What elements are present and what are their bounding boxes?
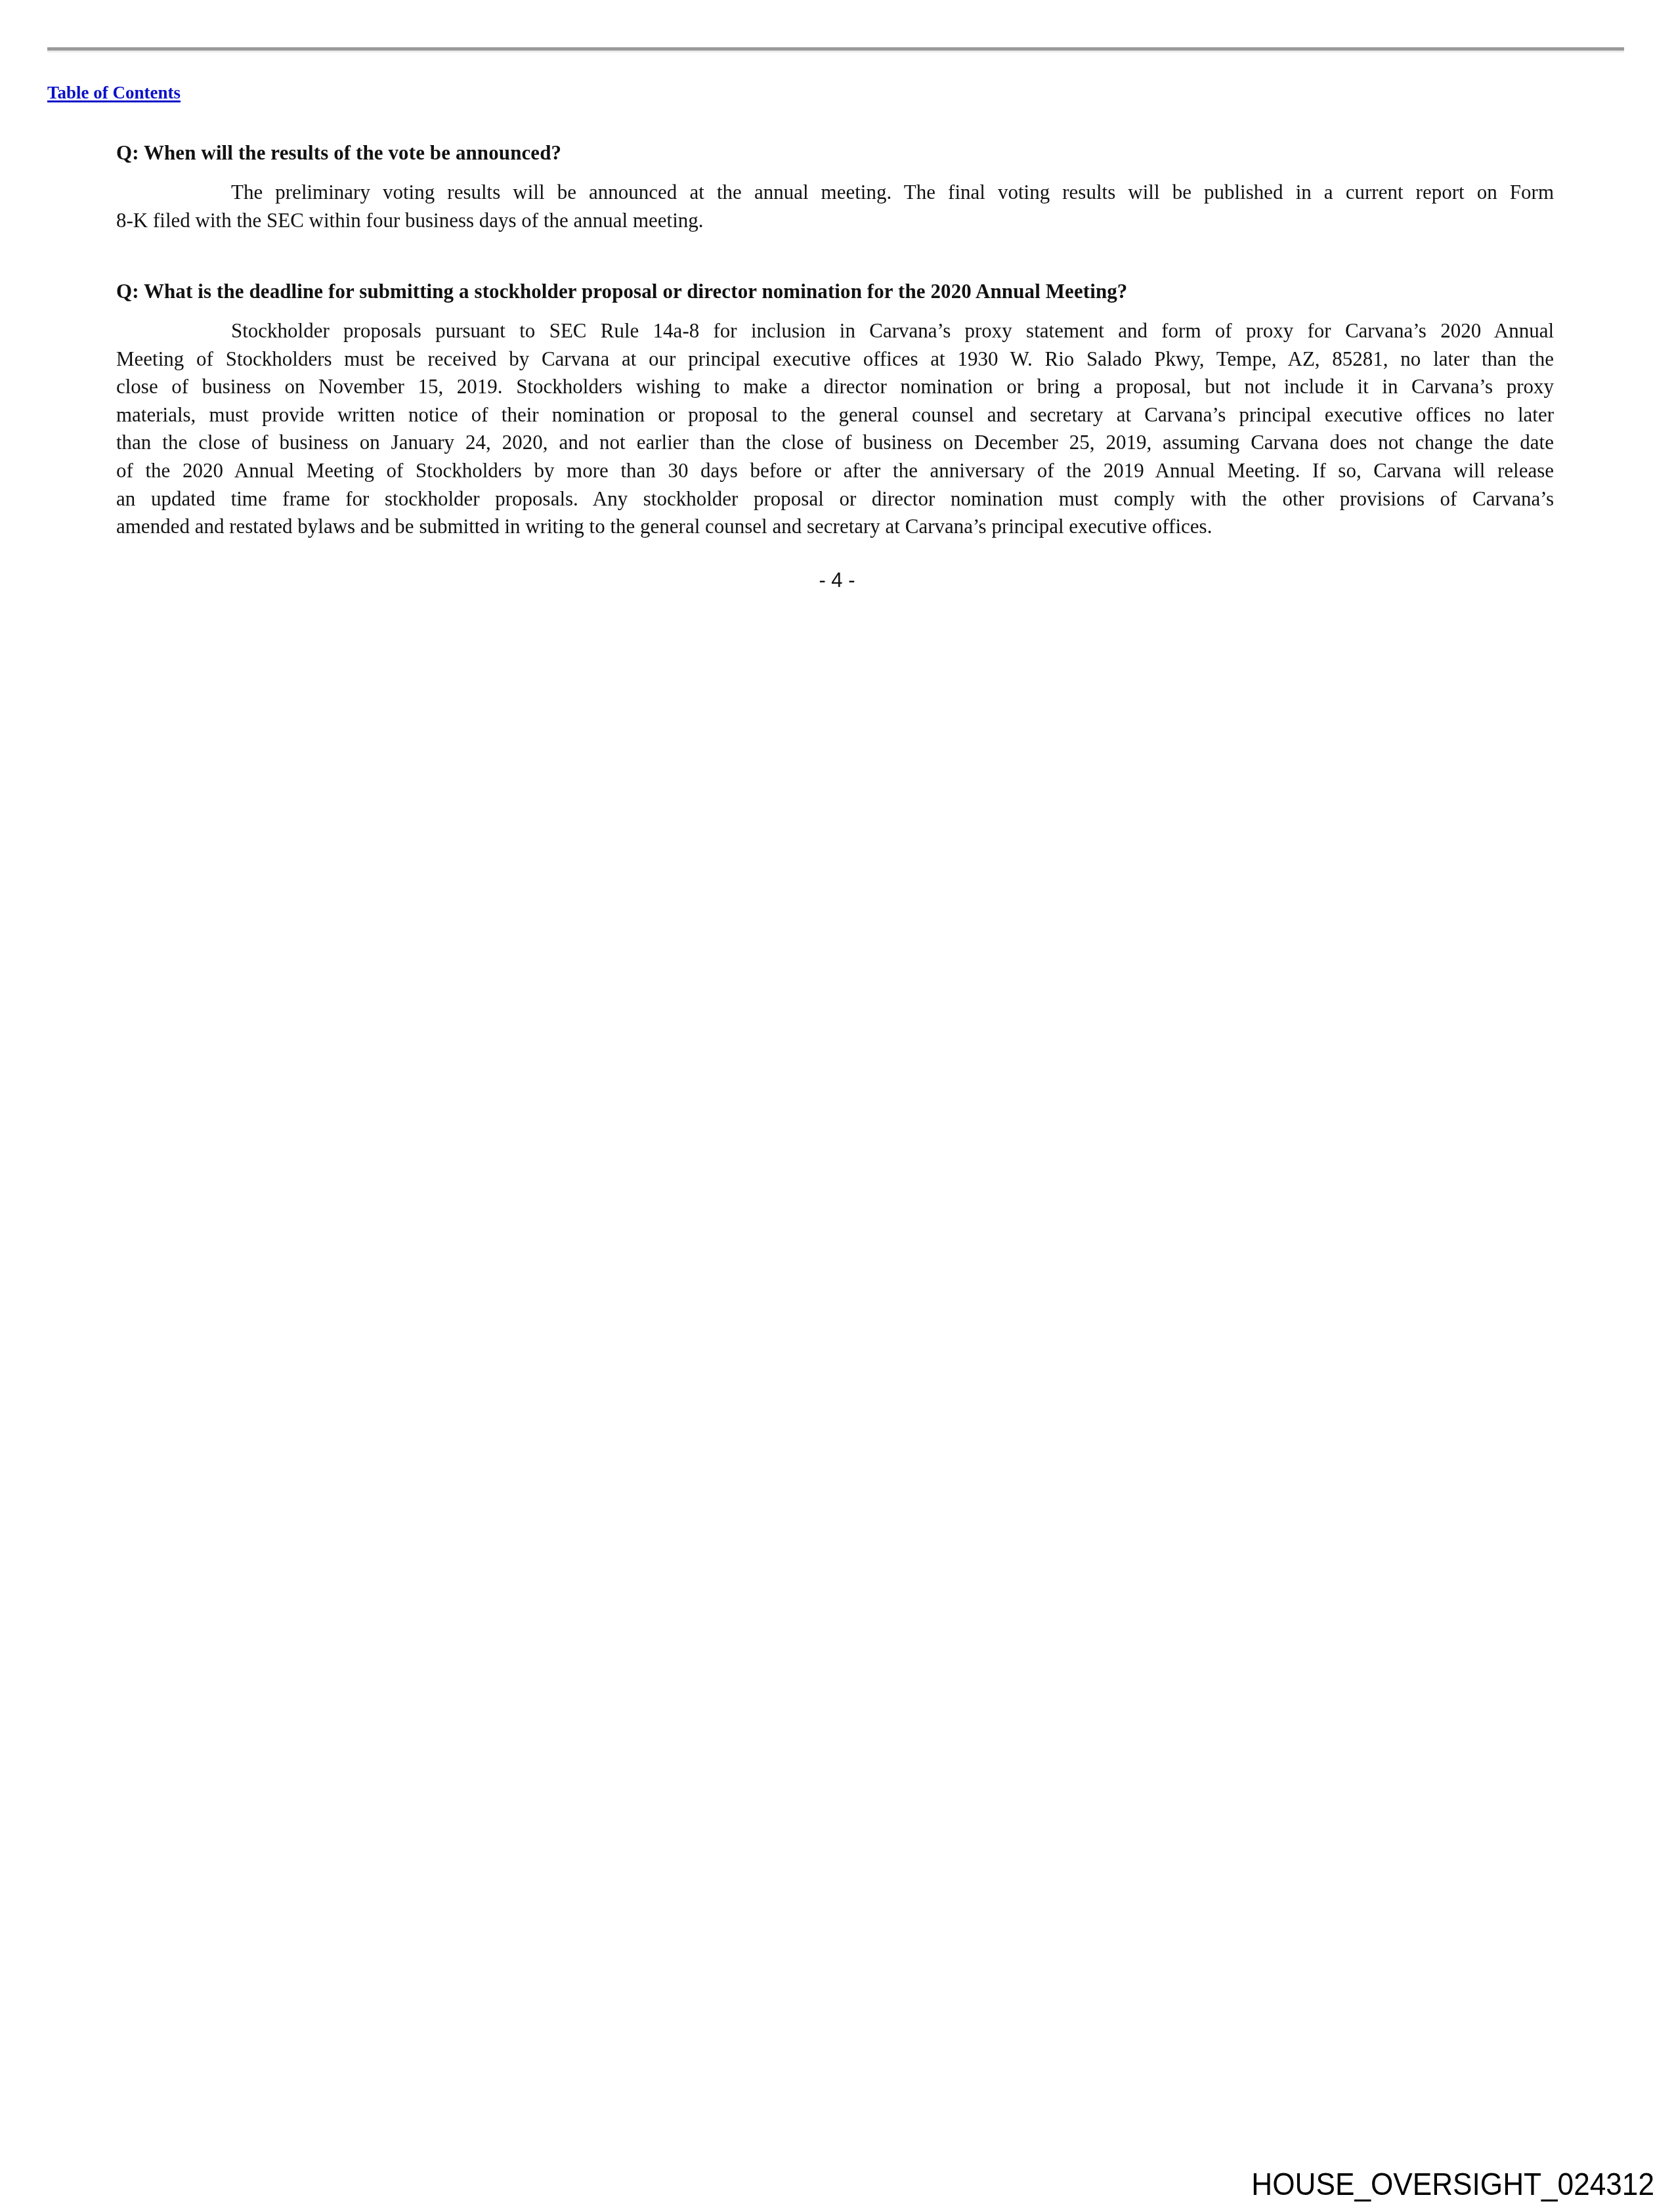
paragraph-line: of the 2020 Annual Meeting of Stockholde… — [116, 457, 1554, 485]
bates-stamp: HOUSE_OVERSIGHT_024312 — [1251, 2167, 1654, 2203]
paragraph-line: close of business on November 15, 2019. … — [116, 373, 1554, 401]
paragraph-line: Meeting of Stockholders must be received… — [116, 345, 1554, 374]
answer-paragraph-vote-results: The preliminary voting results will be a… — [116, 179, 1554, 234]
paragraph-line: an updated time frame for stockholder pr… — [116, 485, 1554, 513]
answer-paragraph-proposal-deadline: Stockholder proposals pursuant to SEC Ru… — [116, 317, 1554, 541]
paragraph-line: materials, must provide written notice o… — [116, 401, 1554, 429]
paragraph-line: The preliminary voting results will be a… — [116, 179, 1554, 207]
paragraph-line: than the close of business on January 24… — [116, 429, 1554, 457]
table-of-contents-link[interactable]: Table of Contents — [47, 83, 181, 103]
question-heading-vote-results: Q: When will the results of the vote be … — [116, 140, 561, 166]
question-heading-proposal-deadline: Q: What is the deadline for submitting a… — [116, 278, 1127, 305]
page-number: - 4 - — [804, 569, 870, 592]
header-divider — [47, 47, 1624, 53]
paragraph-line: 8-K filed with the SEC within four busin… — [116, 207, 1554, 235]
paragraph-line: amended and restated bylaws and be submi… — [116, 513, 1554, 541]
paragraph-line: Stockholder proposals pursuant to SEC Ru… — [116, 317, 1554, 345]
